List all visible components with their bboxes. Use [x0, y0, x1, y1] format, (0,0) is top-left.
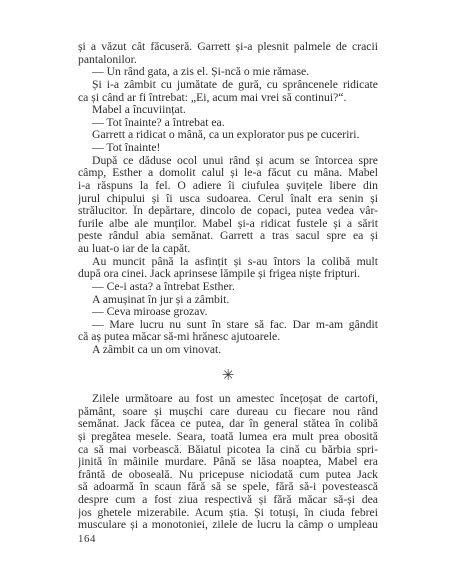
text-line: despre cum a fost ziua respectivă și făr…: [78, 494, 378, 507]
text-line: pământ, soare și mușchi care dureau cu f…: [78, 406, 378, 419]
text-line: au luat-o iar de la capăt.: [78, 243, 378, 256]
text-line: — Un rând gata, a zis el. Și-ncă o mie r…: [78, 66, 378, 79]
text-line: că aș putea măcar să-mi hrănesc ajutoare…: [78, 331, 378, 344]
text-line: — Mare lucru nu sunt în stare să fac. Da…: [78, 319, 378, 332]
page-number: 164: [78, 533, 96, 545]
section-separator-ornament: ✳: [78, 357, 378, 393]
text-line: să adoarmă în scaun fără să se spele, fă…: [78, 481, 378, 494]
text-line: musculare și a monotoniei, zilele de luc…: [78, 519, 378, 532]
text-line: — Tot înainte? a întrebat ea.: [78, 117, 378, 130]
text-line: peste rândul abia semănat. Garrett a tra…: [78, 230, 378, 243]
text-line: — Ceva miroase grozav.: [78, 306, 378, 319]
text-line: pantalonilor.: [78, 54, 378, 67]
text-line: jos ghetele mizerabile. Acum știa. Și to…: [78, 507, 378, 520]
text-line: și pregătea mesele. Seara, toată lumea e…: [78, 431, 378, 444]
text-line: jinită în mâinile murdare. Până se lăsa …: [78, 456, 378, 469]
text-line: Și i-a zâmbit cu jumătate de gură, cu sp…: [78, 79, 378, 92]
text-line: Garrett a ridicat o mână, ca un explorat…: [78, 129, 378, 142]
text-line: câmp, Esther a domolit calul și le-a făc…: [78, 167, 378, 180]
text-line: strălucitor. În depărtare, dincolo de co…: [78, 205, 378, 218]
page-text: și a văzut cât făcuseră. Garrett și-a pl…: [78, 41, 378, 532]
text-line: ca și când ar fi întrebat: „Ei, acum mai…: [78, 92, 378, 105]
text-line: i-a răspuns la fel. O adiere îi ciufulea…: [78, 180, 378, 193]
text-line: Zilele următoare au fost un amestec înce…: [78, 393, 378, 406]
text-line: — Ce-i asta? a întrebat Esther.: [78, 281, 378, 294]
text-line: furile albe ale munților. Mabel și-a rid…: [78, 218, 378, 231]
text-line: semănat. Jack făcea ce putea, dar în gen…: [78, 418, 378, 431]
text-line: Mabel a încuviințat.: [78, 104, 378, 117]
text-line: A amușinat în jur și a zâmbit.: [78, 294, 378, 307]
text-line: ca să mai vorbească. Băiatul picotea la …: [78, 444, 378, 457]
text-line: A zâmbit ca un om vinovat.: [78, 344, 378, 357]
text-line: frântă de oboseală. Nu pricepuse nicioda…: [78, 469, 378, 482]
text-line: Au muncit până la asfințit și s-au întor…: [78, 256, 378, 269]
text-line: După ce dăduse ocol unui rând și acum se…: [78, 155, 378, 168]
book-page: și a văzut cât făcuseră. Garrett și-a pl…: [0, 0, 452, 584]
text-line: după ora cinei. Jack aprinsese lămpile ș…: [78, 268, 378, 281]
text-line: jurul chipului și îi usca sudoarea. Ceru…: [78, 193, 378, 206]
text-line: și a văzut cât făcuseră. Garrett și-a pl…: [78, 41, 378, 54]
text-line: — Tot înainte!: [78, 142, 378, 155]
